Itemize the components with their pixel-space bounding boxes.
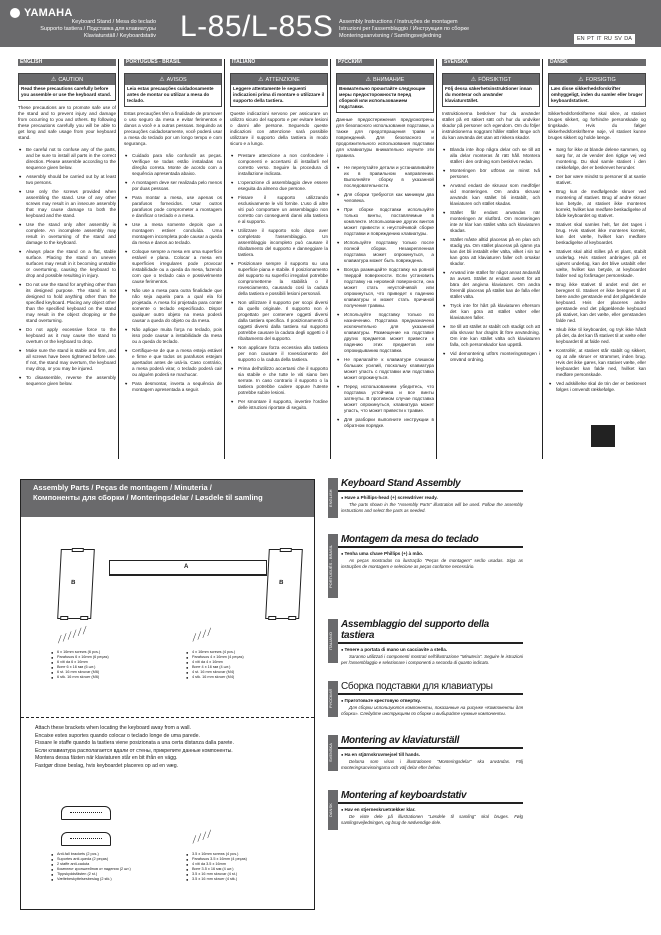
side-panel-b-right: B (265, 549, 303, 619)
column-divider (118, 59, 119, 459)
warning-triangle-icon: ⚠ (258, 77, 263, 83)
caution-label: AVISOS (167, 77, 187, 83)
section-description: The parts shown in the "Assembly Parts" … (341, 502, 523, 514)
yamaha-logo: YAMAHA (10, 7, 72, 19)
precaution-item: Certifique-se de que a mesa esteja estáv… (124, 348, 222, 378)
part-label-b: B (71, 580, 76, 586)
panel-foot (60, 616, 68, 620)
language-tab: SVENSKA (328, 735, 338, 771)
intro-text: These precautions are to promote safe us… (18, 105, 116, 141)
caution-text: Læs disse sikkerhedsforskrifter omhyggel… (549, 85, 645, 106)
page-header: YAMAHA Keyboard Stand / Mesa do teclado … (0, 0, 661, 47)
bracket-screw-set-icon: ⟋⟋⟋⟋ (190, 829, 214, 847)
section-description: De viste dele på illustrationen "Løsdele… (341, 814, 523, 826)
precaution-item: Para desmontar, inverta a sequência de m… (124, 381, 222, 393)
subtitle-line: Keyboard Stand / Mesa do teclado (0, 19, 156, 26)
column-heading: РУССКИЙ (336, 59, 434, 66)
section-title: Keyboard Stand Assembly (338, 478, 523, 492)
column-heading: SVENSKA (442, 59, 540, 66)
precaution-list: Prestare attenzione a non confondere i c… (230, 153, 328, 411)
subtitle-line: Istruzioni per l'assemblaggio / Инструкц… (339, 26, 469, 33)
precaution-item: Make sure the stand is stable and firm, … (18, 348, 116, 372)
caution-title: ⚠ATTENZIONE (231, 74, 327, 85)
caution-label: FORSIGTIG (586, 77, 616, 83)
column-swedish: SVENSKA ⚠FÖRSIKTIGT Följ dessa säkerhets… (442, 59, 540, 459)
panel-cap (72, 548, 84, 552)
section-english: ENGLISH Keyboard Stand Assembly Have a P… (338, 478, 523, 514)
section-italian: ITALIANO Assemblaggio del supporto della… (338, 619, 523, 666)
warning-triangle-icon: ⚠ (471, 77, 476, 83)
caution-title: ⚠CAUTION (19, 74, 115, 85)
precaution-item: Assembly should be carried out by at lea… (18, 174, 116, 186)
anti-fall-bracket-icon (61, 832, 111, 846)
note-line: Fissare le staffe quando la tastiera vie… (35, 740, 234, 748)
precaution-item: Brug ikke stativet til andet end det er … (548, 282, 646, 324)
precaution-item: Coloque sempre a mesa em uma superfície … (124, 249, 222, 285)
precaution-list: Не перепутайте детали и устанавливайте и… (336, 165, 434, 429)
safety-columns: ENGLISH ⚠CAUTION Read these precautions … (18, 59, 642, 459)
precaution-item: Blanda inte ihop några delar och se till… (442, 147, 540, 165)
screw-list-right: 4 x 16mm screws (4 pcs.) Parafusos 4 x 1… (186, 650, 244, 680)
language-tab: ITALIANO (328, 619, 338, 663)
intro-text: Queste indicazioni servono per assicurar… (230, 111, 328, 147)
precaution-item: A montagem deve ser realizada pelo menos… (124, 180, 222, 192)
dashed-divider (21, 717, 314, 718)
precaution-item: Не перепутайте детали и устанавливайте и… (336, 165, 434, 189)
caution-box: ⚠ВНИМАНИЕ Внимательно прочитайте следующ… (336, 73, 434, 113)
column-divider (224, 59, 225, 459)
precaution-item: Всегда размещайте подставку на ровной тв… (336, 267, 434, 309)
precaution-item: Do not apply excessive force to the keyb… (18, 327, 116, 345)
precaution-item: Stället får endast användas när monterin… (442, 210, 540, 234)
caution-title: ⚠AVISOS (125, 74, 221, 85)
precaution-item: Stället måste alltid placeras på en plan… (442, 237, 540, 267)
intro-text: Sikkerhedsforskrifterne skal sikre, at s… (548, 111, 646, 141)
subtitle-line: Supporto tastiera / Подставка для клавиа… (0, 26, 156, 33)
column-danish: DANSK ⚠FORSIGTIG Læs disse sikkerhedsfor… (548, 59, 646, 459)
caution-label: FÖRSIKTIGT (478, 77, 511, 83)
caution-box: ⚠AVISOS Leia estas precauções cuidadosam… (124, 73, 222, 107)
intro-text: Estas precauções têm a finalidade de pro… (124, 111, 222, 147)
precaution-item: Ved adskillelse skal de trin der er besk… (548, 381, 646, 393)
column-divider (542, 59, 543, 459)
precaution-item: Kontrollér, at stativet står stabilt og … (548, 348, 646, 378)
caution-label: ВНИМАНИЕ (373, 77, 404, 83)
section-requirement: Have a Phillips-head (+) screwdriver rea… (341, 495, 523, 500)
precaution-item: Brug kun de medfølgende skruer ved monte… (548, 189, 646, 219)
precaution-item: Utilizzare il supporto solo dopo aver co… (230, 228, 328, 258)
precaution-item: Se till att stället är stabilt och stadi… (442, 324, 540, 348)
part-label-b: B (279, 580, 284, 586)
anti-fall-bracket-icon (61, 806, 111, 820)
product-subtitle: Keyboard Stand / Mesa do teclado Support… (0, 19, 156, 40)
column-divider (330, 59, 331, 459)
column-heading: ENGLISH (18, 59, 116, 66)
model-number: L-85/L-85S (180, 10, 333, 44)
note-line: Attach these brackets when locating the … (35, 725, 234, 733)
section-danish: DANSK Montering af keyboardstativ Hav en… (338, 790, 523, 826)
language-codes: EN PT IT RU SV DA (574, 34, 635, 44)
column-english: ENGLISH ⚠CAUTION Read these precautions … (18, 59, 116, 459)
subtitle-line: Klaviaturställ / Keyboardstativ (0, 33, 156, 40)
caution-text: Leggere attentamente le seguenti indicaz… (231, 85, 327, 106)
precaution-item: Vid demontering utförs monteringsstegen … (442, 351, 540, 363)
precaution-item: Stativet skal altid stilles på et plant,… (548, 249, 646, 279)
intro-text: Данные предостережения предусмотрены для… (336, 117, 434, 159)
section-title: Сборка подставки для клавиатуры (338, 681, 523, 695)
screw-set-left-icon: ⟋⟋⟋⟋⟋⟋ (55, 625, 89, 646)
precaution-item: Sørg for ikke at blande delene sammen, o… (548, 147, 646, 171)
panel-foot (80, 616, 88, 620)
intro-text: Instruktionerna beskriver hur du använde… (442, 111, 540, 141)
language-tab: ENGLISH (328, 478, 338, 518)
subtitle-line: Assembly Instructions / Instruções de mo… (339, 19, 469, 26)
precaution-item: Använd inte stället för något annat ända… (442, 270, 540, 300)
caution-box: ⚠ATTENZIONE Leggere attentamente le segu… (230, 73, 328, 107)
section-description: As peças mostradas na ilustração "Peças … (341, 558, 523, 570)
section-requirement: Ha en stjärnskruvmejsel till hands. (341, 752, 523, 757)
precaution-item: Перед использованием убедитесь, что подс… (336, 384, 434, 414)
caution-title: ⚠ВНИМАНИЕ (337, 74, 433, 85)
warning-triangle-icon: ⚠ (51, 77, 56, 83)
subtitle-line: Monteringsanvisning / Samlingsvejledning (339, 33, 469, 40)
precaution-item: L'operazione di assemblaggio deve essere… (230, 180, 328, 192)
precaution-item: Não use a mesa para outra finalidade que… (124, 288, 222, 324)
note-line: Fastgør disse beslag, hvis keyboardet pl… (35, 763, 234, 771)
precaution-item: Use a mesa somente depois que a montagem… (124, 222, 222, 246)
precaution-list: Cuidado para não confundir as peças. Ver… (124, 153, 222, 393)
warning-triangle-icon: ⚠ (578, 77, 583, 83)
precaution-item: Skub ikke til keyboardet, og tryk ikke h… (548, 327, 646, 345)
assembly-parts-box: Assembly Parts / Peças de montagem / Min… (20, 479, 315, 910)
section-title: Assemblaggio del supporto della tastiera (338, 619, 523, 644)
precaution-item: Prima dell'utilizzo accertarsi che il su… (230, 366, 328, 396)
language-tab: РУССКИЙ (328, 681, 338, 717)
heading-line: Assembly Parts / Peças de montagem / Min… (33, 483, 302, 493)
precaution-list: Blanda inte ihop några delar och se till… (442, 147, 540, 363)
note-line: Encaixe estes suportes quando colocar o … (35, 733, 234, 741)
language-tab: DANSK (328, 790, 338, 830)
precaution-item: Prestare attenzione a non confondere i c… (230, 153, 328, 177)
column-russian: РУССКИЙ ⚠ВНИМАНИЕ Внимательно прочитайте… (336, 59, 434, 459)
panel-foot (268, 616, 276, 620)
precaution-item: Non utilizzare il supporto per scopi div… (230, 300, 328, 342)
front-rail-a: A (109, 560, 267, 576)
precaution-item: Не прилагайте к клавиатуре слишком больш… (336, 357, 434, 381)
column-portuguese: PORTUGUÊS - BRASIL ⚠AVISOS Leia estas pr… (124, 59, 222, 459)
caution-box: ⚠CAUTION Read these precautions carefull… (18, 73, 116, 101)
part-list-item: 3.5 x 16 mm skruer (4 stk.) (186, 877, 247, 882)
section-title: Montagem da mesa do teclado (338, 534, 523, 548)
heading-line: Компоненты для сборки / Monteringsdelar … (33, 493, 302, 503)
precaution-item: Use the stand only after assembly is com… (18, 222, 116, 246)
caution-text: Внимательно прочитайте следующие меры пр… (337, 85, 433, 112)
section-swedish: SVENSKA Montering av klaviaturställ Ha e… (338, 735, 523, 771)
caution-label: CAUTION (58, 77, 83, 83)
tuning-fork-logo-icon (10, 8, 20, 18)
precaution-item: Fissare il supporto utilizzando esclusiv… (230, 195, 328, 225)
barcode-block (591, 425, 615, 447)
precaution-item: Используйте подставку только после полно… (336, 240, 434, 264)
section-portuguese: PORTUGUÊS - BRASIL Montagem da mesa do t… (338, 534, 523, 570)
column-heading: ITALIANO (230, 59, 328, 66)
section-description: Saranno utilizzati i componenti mostrati… (341, 654, 523, 666)
column-heading: PORTUGUÊS - BRASIL (124, 59, 222, 66)
section-requirement: Tenha uma chave Phillips (+) à mão. (341, 551, 523, 556)
precaution-list: Be careful not to confuse any of the par… (18, 147, 116, 387)
document-subtitle: Assembly Instructions / Instruções de mo… (339, 19, 469, 40)
caution-label: ATTENZIONE (265, 77, 299, 83)
part-label-a: A (184, 564, 188, 570)
section-russian: РУССКИЙ Сборка подставки для клавиатуры … (338, 681, 523, 717)
note-line: Если клавиатура располагается вдали от с… (35, 748, 234, 756)
precaution-item: Для сборки требуются как минимум два чел… (336, 192, 434, 204)
precaution-item: To disassemble, reverse the assembly seq… (18, 375, 116, 387)
brand-name: YAMAHA (24, 7, 72, 19)
caution-box: ⚠FÖRSIKTIGT Följ dessa säkerhetsinstrukt… (442, 73, 540, 107)
precaution-item: Non applicare forza eccessiva alla tasti… (230, 345, 328, 363)
precaution-item: Stativet skal samles helt, før det tages… (548, 222, 646, 246)
panel-cap (280, 548, 292, 552)
language-tab: PORTUGUÊS - BRASIL (328, 534, 338, 598)
precaution-item: Для разборки выполните инструкции в обра… (336, 417, 434, 429)
caution-title: ⚠FÖRSIKTIGT (443, 74, 539, 85)
side-panel-b-left: B (57, 549, 95, 619)
precaution-item: Posizionare sempre il supporto su una su… (230, 261, 328, 297)
section-title: Montering af keyboardstativ (338, 790, 523, 804)
precaution-item: Para montar a mesa, use apenas os parafu… (124, 195, 222, 219)
section-description: Для сборки используются компоненты, пока… (341, 705, 523, 717)
screw-set-right-icon: ⟋⟋⟋⟋ (190, 627, 214, 645)
caution-title: ⚠FORSIGTIG (549, 74, 645, 85)
precaution-item: Tryck inte för hårt på klaviaturen efter… (442, 303, 540, 321)
bracket-screw-list: 3.5 x 16mm screws (4 pcs.) Parafusos 3.5… (186, 852, 247, 882)
precaution-item: Используйте подставку только по назначен… (336, 312, 434, 354)
section-requirement: Tenere a portata di mano un cacciavite a… (341, 647, 523, 652)
bracket-list: Anti-fall brackets (2 pcs.) Suportes ant… (51, 852, 131, 882)
section-description: Delarna som visas i illustrationen "Mont… (341, 759, 523, 771)
precaution-list: Sørg for ikke at blande delene sammen, o… (548, 147, 646, 393)
precaution-item: Per smontare il supporto, invertire l'or… (230, 399, 328, 411)
column-heading: DANSK (548, 59, 646, 66)
section-title: Montering av klaviaturställ (338, 735, 523, 749)
part-list-item: 4 stk. 16 mm skruer (M4) (186, 675, 244, 680)
part-list-item: Væltebeskyttelsesbeslag (2 stk.) (51, 877, 131, 882)
caution-box: ⚠FORSIGTIG Læs disse sikkerhedsforskrift… (548, 73, 646, 107)
precaution-item: Monteringen bör utföras av minst två per… (442, 168, 540, 180)
precaution-item: Always place the stand on a flat, stable… (18, 249, 116, 279)
warning-triangle-icon: ⚠ (159, 77, 164, 83)
precaution-item: Do not use the stand for anything other … (18, 282, 116, 324)
section-requirement: Приготовьте крестовую отвертку. (341, 698, 523, 703)
column-italian: ITALIANO ⚠ATTENZIONE Leggere attentament… (230, 59, 328, 459)
precaution-item: Använd endast de skruvar som medföljer v… (442, 183, 540, 207)
precaution-item: Use only the screws provided when assemb… (18, 189, 116, 219)
precaution-item: Não aplique muita força no teclado, pois… (124, 327, 222, 345)
bracket-note: Attach these brackets when locating the … (35, 725, 234, 770)
caution-text: Read these precautions carefully before … (19, 85, 115, 100)
section-requirement: Hav en stjerneskruetrækker klar. (341, 807, 523, 812)
panel-foot (288, 616, 296, 620)
caution-text: Leia estas precauções cuidadosamente ant… (125, 85, 221, 106)
screw-list-left: 6 x 16mm screws (6 pcs.) Parafusos 6 x 1… (51, 650, 109, 680)
caution-text: Följ dessa säkerhetsinstruktioner innan … (443, 85, 539, 106)
warning-triangle-icon: ⚠ (366, 77, 371, 83)
precaution-item: Der bør være mindst to personer til at s… (548, 174, 646, 186)
precaution-item: При сборке подставки используйте только … (336, 207, 434, 237)
column-divider (436, 59, 437, 459)
precaution-item: Be careful not to confuse any of the par… (18, 147, 116, 171)
note-line: Montera dessa fästen när klaviaturen stå… (35, 755, 234, 763)
assembly-parts-heading: Assembly Parts / Peças de montagem / Min… (21, 480, 314, 517)
precaution-item: Cuidado para não confundir as peças. Ver… (124, 153, 222, 177)
part-list-item: 6 stk. 16 mm skruer (M6) (51, 675, 109, 680)
